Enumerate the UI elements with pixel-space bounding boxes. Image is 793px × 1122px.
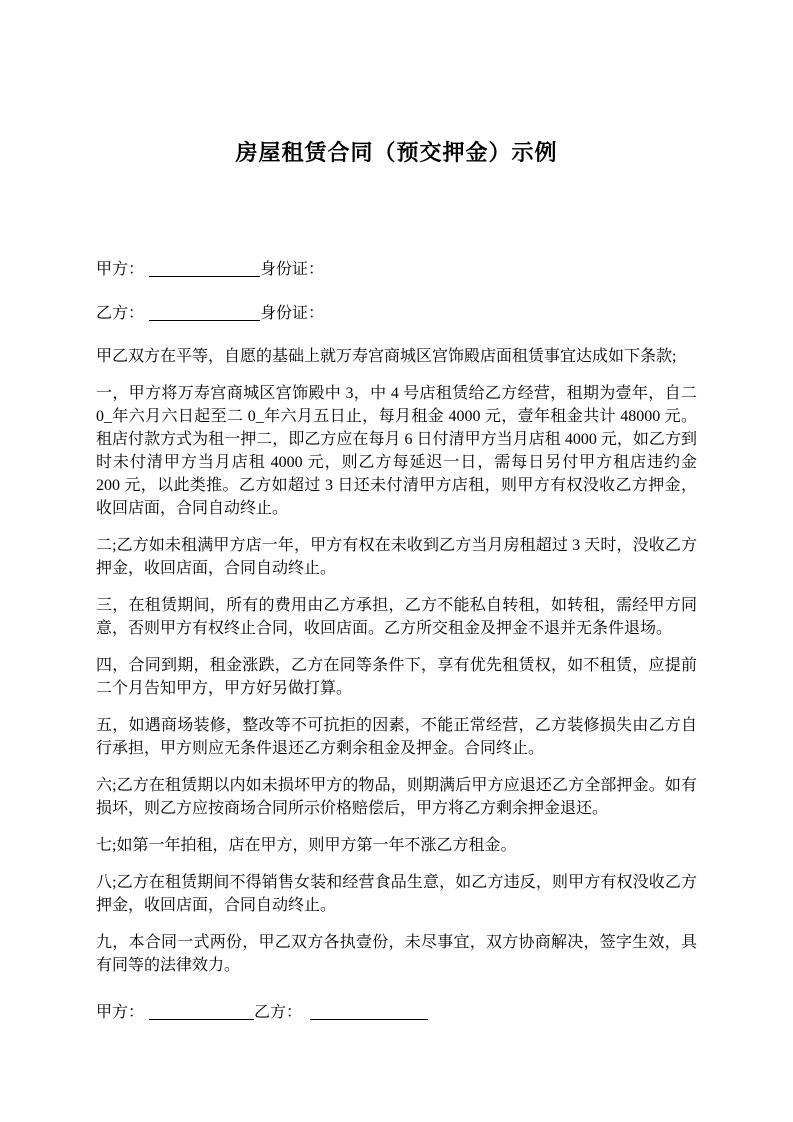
party-b-name-blank <box>149 303 260 321</box>
contract-page: 房屋租赁合同（预交押金）示例 甲方：身份证： 乙方：身份证： 甲乙双方在平等，自… <box>0 0 793 1122</box>
clause-2: 二;乙方如未租满甲方店一年，甲方有权在未收到乙方当月房租超过 3 天时，没收乙方… <box>96 534 697 580</box>
signature-party-b-label: 乙方： <box>254 1004 302 1021</box>
signature-line: 甲方：乙方： <box>96 1001 697 1025</box>
party-a-name-blank <box>149 259 260 277</box>
party-b-id-label: 身份证： <box>260 305 324 322</box>
clause-5: 五，如遇商场装修，整改等不可抗拒的因素，不能正常经营，乙方装修损失由乙方自行承担… <box>96 714 697 760</box>
clause-7: 七;如第一年拍租，店在甲方，则甲方第一年不涨乙方租金。 <box>96 834 697 857</box>
clause-3: 三，在租赁期间，所有的费用由乙方承担，乙方不能私自转租，如转租，需经甲方同意，否… <box>96 594 697 640</box>
clause-8: 八;乙方在租赁期间不得销售女装和经营食品生意，如乙方违反，则甲方有权没收乙方押金… <box>96 871 697 917</box>
clause-6: 六;乙方在租赁期以内如未损坏甲方的物品，则期满后甲方应退还乙方全部押金。如有损坏… <box>96 774 697 820</box>
signature-party-b-blank <box>310 1002 428 1020</box>
party-b-label: 乙方： <box>96 305 144 322</box>
document-title: 房屋租赁合同（预交押金）示例 <box>96 138 697 168</box>
signature-party-a-label: 甲方： <box>96 1004 144 1021</box>
clause-9: 九，本合同一式两份，甲乙双方各执壹份，未尽事宜，双方协商解决，签字生效，具有同等… <box>96 931 697 977</box>
party-a-label: 甲方： <box>96 261 144 278</box>
party-a-id-label: 身份证： <box>260 261 324 278</box>
party-b-line: 乙方：身份证： <box>96 302 697 326</box>
preamble: 甲乙双方在平等，自愿的基础上就万寿宫商城区宫饰殿店面租赁事宜达成如下条款; <box>96 345 697 368</box>
clause-1: 一，甲方将万寿宫商城区宫饰殿中 3，中 4 号店租赁给乙方经营，租期为壹年，自二… <box>96 382 697 520</box>
signature-party-a-blank <box>149 1002 254 1020</box>
clause-4: 四，合同到期，租金涨跌，乙方在同等条件下，享有优先租赁权，如不租赁，应提前二个月… <box>96 654 697 700</box>
party-a-line: 甲方：身份证： <box>96 258 697 282</box>
